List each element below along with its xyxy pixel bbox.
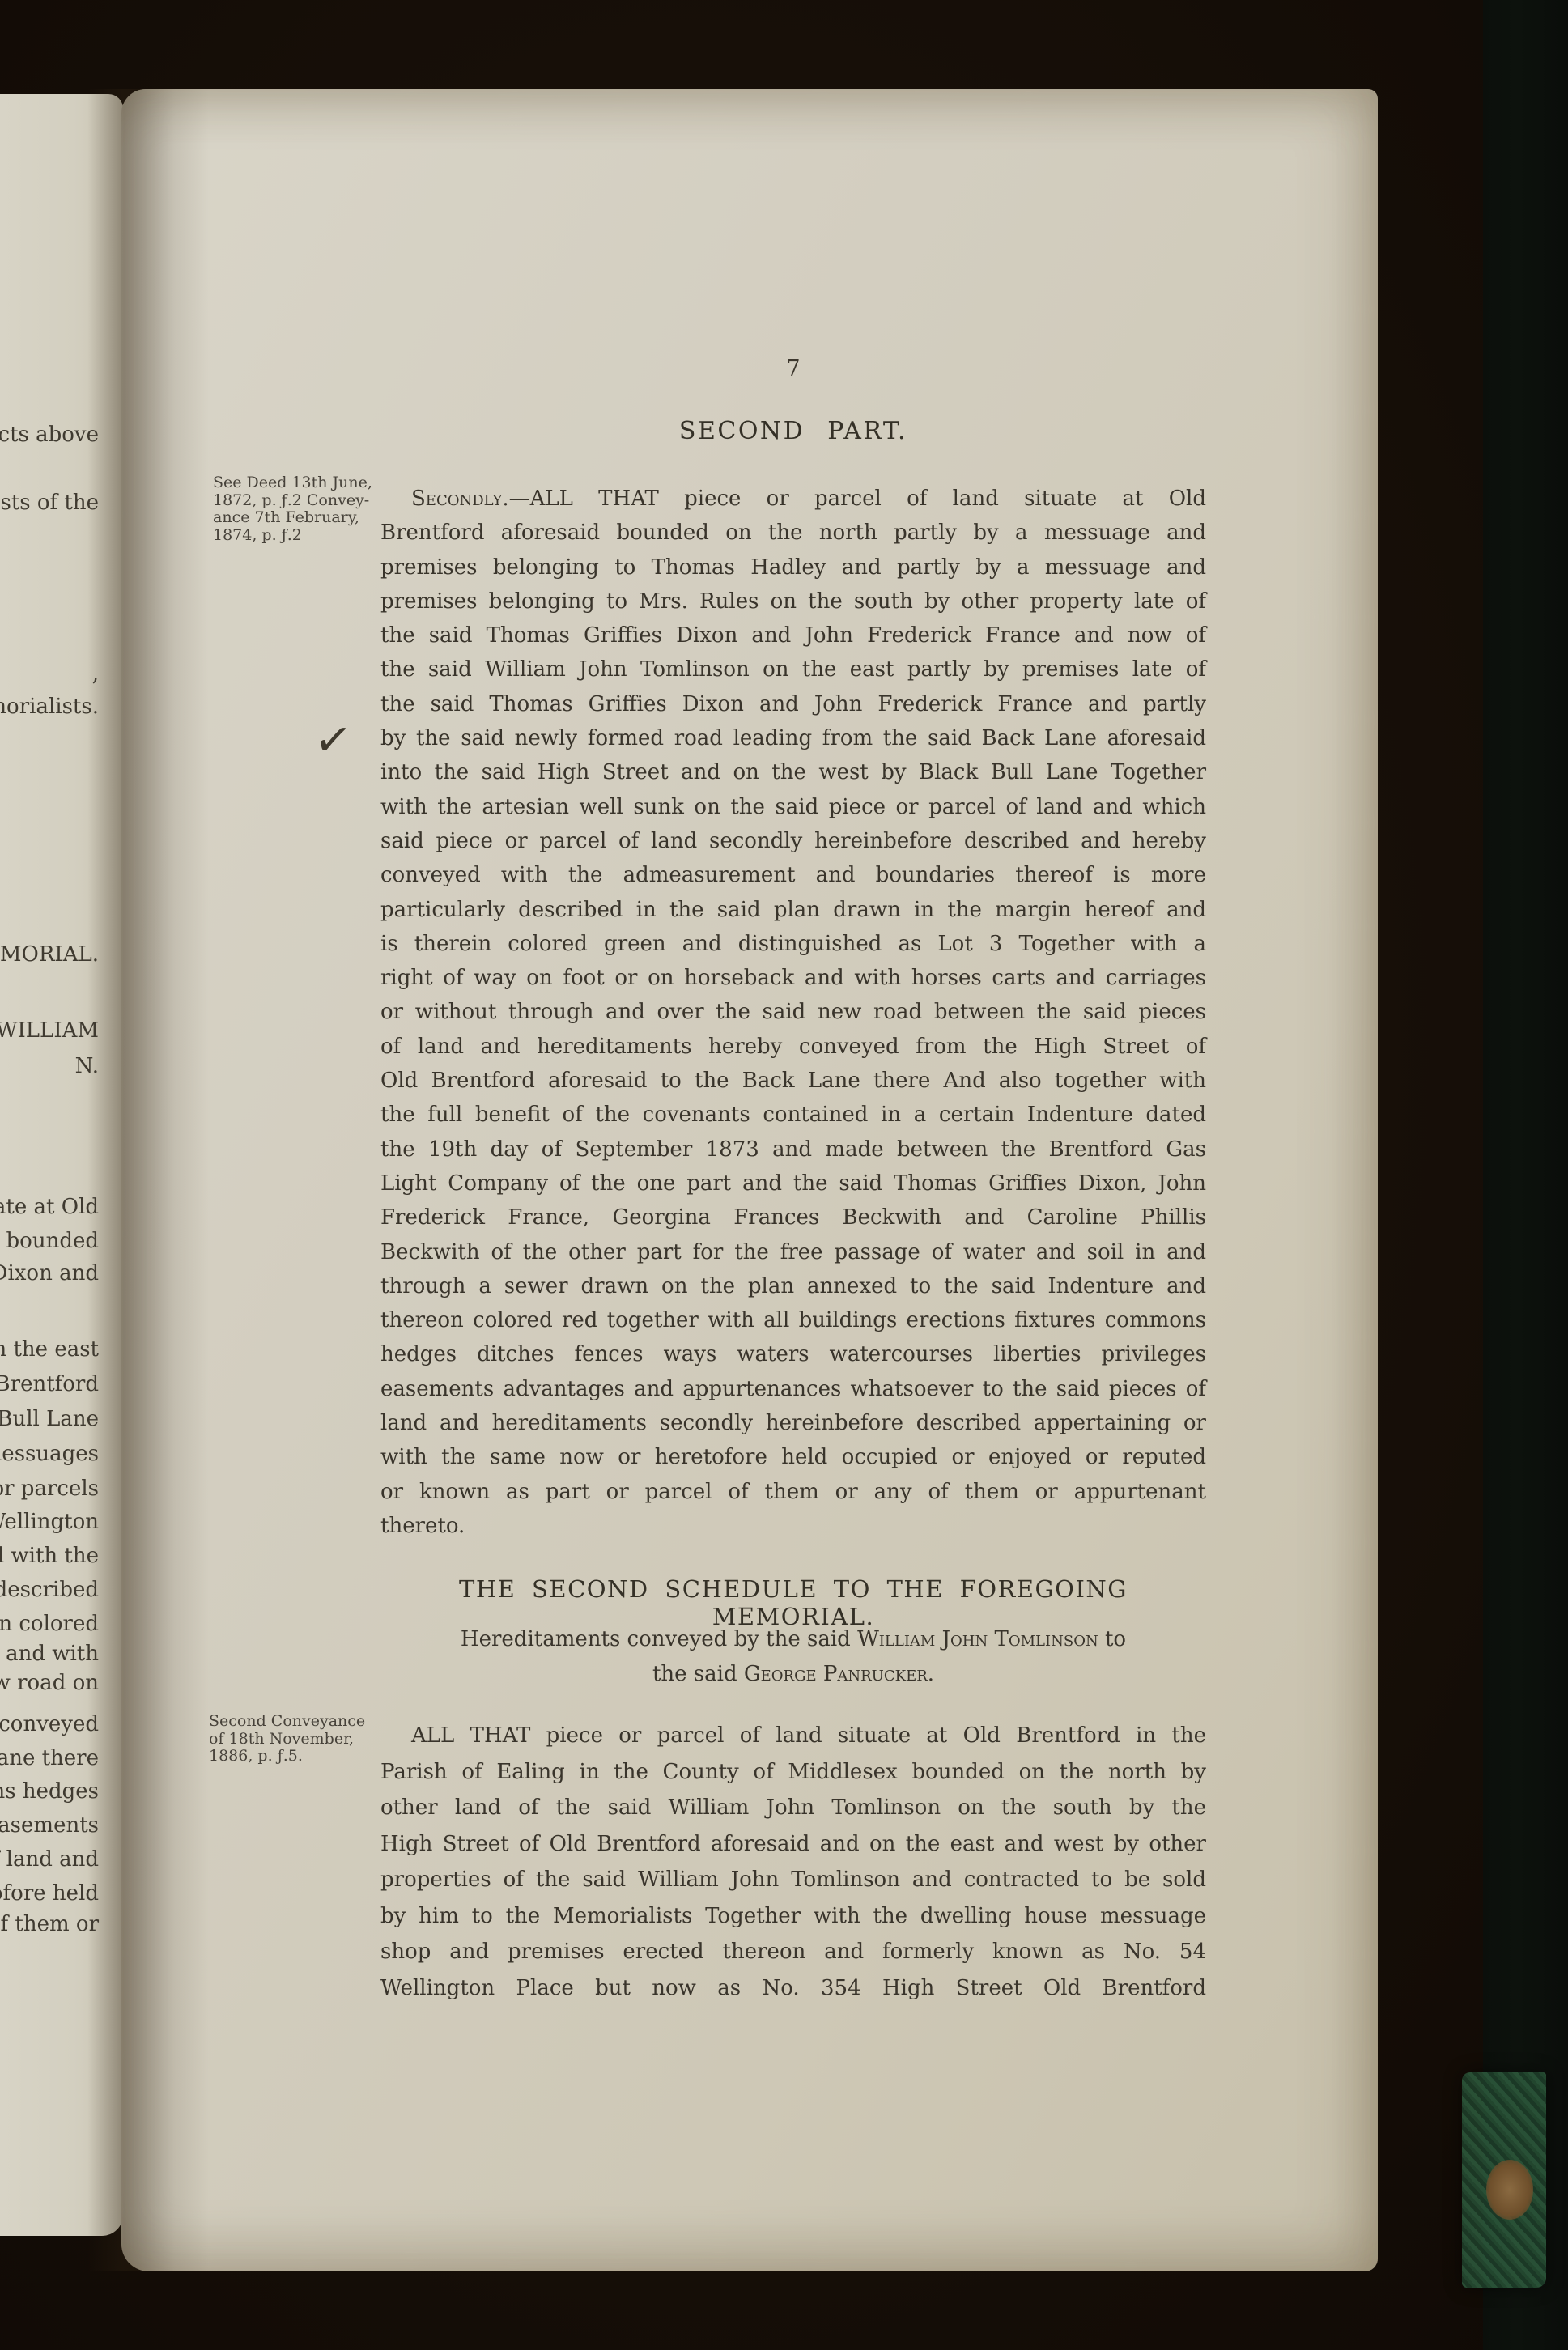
margin-note-line: Second Conveyance (209, 1713, 375, 1731)
lead-rest: —ALL THAT piece or parcel of land situat… (509, 487, 1206, 511)
paragraph-line: through a sewer drawn on the plan annexe… (380, 1269, 1206, 1303)
lead-rest: piece or parcel of land situate at Old B… (530, 1723, 1206, 1748)
paragraph-line: ALL THAT piece or parcel of land situate… (380, 1718, 1206, 1754)
paragraph-line: particularly described in the said plan … (380, 893, 1206, 927)
paragraph-line: Frederick France, Georgina Frances Beckw… (380, 1200, 1206, 1234)
paragraph-line: Wellington Place but now as No. 354 High… (380, 1970, 1206, 2007)
lead-word-smallcaps: Secondly. (411, 487, 509, 511)
section-heading: SECOND PART. (380, 417, 1206, 445)
paragraph-line: premises belonging to Mrs. Rules on the … (380, 584, 1206, 618)
paragraph-secondly: Secondly.—ALL THAT piece or parcel of la… (380, 482, 1206, 1543)
paragraph-line: the full benefit of the covenants contai… (380, 1098, 1206, 1132)
subheading-prefix: Hereditaments conveyed by the said (461, 1627, 857, 1651)
paragraph-line: Secondly.—ALL THAT piece or parcel of la… (380, 482, 1206, 516)
paragraph-line: is therein colored green and distinguish… (380, 927, 1206, 961)
grantee-name: George Panrucker. (744, 1662, 934, 1686)
handwritten-checkmark: ✓ (312, 712, 355, 769)
paragraph-line: of land and hereditaments hereby conveye… (380, 1030, 1206, 1064)
paragraph-line: the said William John Tomlinson on the e… (380, 652, 1206, 686)
paragraph-line: hedges ditches fences ways waters waterc… (380, 1337, 1206, 1371)
paragraph-line: with the same now or heretofore held occ… (380, 1440, 1206, 1474)
paragraph-line: Beckwith of the other part for the free … (380, 1235, 1206, 1269)
margin-note-line: 1886, p. ƒ.5. (209, 1748, 375, 1766)
paragraph-line: Parish of Ealing in the County of Middle… (380, 1754, 1206, 1791)
cover-wear-spot (1486, 2160, 1533, 2220)
paragraph-line: by the said newly formed road leading fr… (380, 721, 1206, 755)
paragraph-line: Brentford aforesaid bounded on the north… (380, 516, 1206, 550)
paragraph-line: the said Thomas Griffies Dixon and John … (380, 618, 1206, 652)
paragraph-line: into the said High Street and on the wes… (380, 755, 1206, 789)
paragraph-line: Old Brentford aforesaid to the Back Lane… (380, 1064, 1206, 1098)
paragraph-line: by him to the Memorialists Together with… (380, 1898, 1206, 1935)
paragraph-line: the said Thomas Griffies Dixon and John … (380, 687, 1206, 721)
subheading-suffix: to (1098, 1627, 1126, 1651)
subheading-prefix-2: the said (652, 1662, 744, 1686)
margin-note-line: 1874, p. ƒ.2 (213, 527, 375, 545)
paragraph-last-line: thereto. (380, 1509, 1206, 1543)
paragraph-line: High Street of Old Brentford aforesaid a… (380, 1826, 1206, 1863)
paragraph-line: shop and premises erected thereon and fo… (380, 1934, 1206, 1970)
paragraph-line: thereon colored red together with all bu… (380, 1303, 1206, 1337)
schedule-heading: THE SECOND SCHEDULE TO THE FOREGOING MEM… (372, 1575, 1214, 1630)
margin-note-conveyance-reference: Second Conveyanceof 18th November,1886, … (209, 1713, 375, 1766)
margin-note-line: of 18th November, (209, 1731, 375, 1749)
paragraph-line: other land of the said William John Toml… (380, 1790, 1206, 1826)
paragraph-line: or known as part or parcel of them or an… (380, 1475, 1206, 1509)
page-number: 7 (380, 356, 1206, 381)
paragraph-lines: Brentford aforesaid bounded on the north… (380, 516, 1206, 1509)
paragraph-all-that: ALL THAT piece or parcel of land situate… (380, 1718, 1206, 2006)
margin-note-line: 1872, p. ƒ.2 Convey- (213, 492, 375, 510)
paragraph-line: said piece or parcel of land secondly he… (380, 824, 1206, 858)
margin-note-deed-reference: See Deed 13th June,1872, p. ƒ.2 Convey-a… (213, 474, 375, 544)
previous-page-edge (0, 94, 123, 2236)
schedule-subheading-line2: the said George Panrucker. (380, 1662, 1206, 1686)
page-edges-stack (1378, 84, 1483, 2280)
paragraph-line: with the artesian well sunk on the said … (380, 790, 1206, 824)
paragraph-line: or without through and over the said new… (380, 995, 1206, 1029)
paragraph-line: properties of the said William John Toml… (380, 1862, 1206, 1898)
book-cover (1483, 0, 1568, 2350)
paragraph-line: premises belonging to Thomas Hadley and … (380, 550, 1206, 584)
paragraph-line: easements advantages and appurtenances w… (380, 1372, 1206, 1406)
paragraph-line: right of way on foot or on horseback and… (380, 961, 1206, 995)
paragraph-line: the 19th day of September 1873 and made … (380, 1133, 1206, 1167)
margin-note-line: See Deed 13th June, (213, 474, 375, 492)
lead-words: ALL THAT (411, 1723, 530, 1748)
paragraph-line: land and hereditaments secondly hereinbe… (380, 1406, 1206, 1440)
paragraph-line: conveyed with the admeasurement and boun… (380, 858, 1206, 892)
paragraph-line: Light Company of the one part and the sa… (380, 1167, 1206, 1200)
grantor-name: William John Tomlinson (857, 1627, 1098, 1651)
margin-note-line: ance 7th February, (213, 509, 375, 527)
schedule-subheading-line1: Hereditaments conveyed by the said Willi… (380, 1627, 1206, 1651)
paragraph-lines: Parish of Ealing in the County of Middle… (380, 1754, 1206, 2007)
